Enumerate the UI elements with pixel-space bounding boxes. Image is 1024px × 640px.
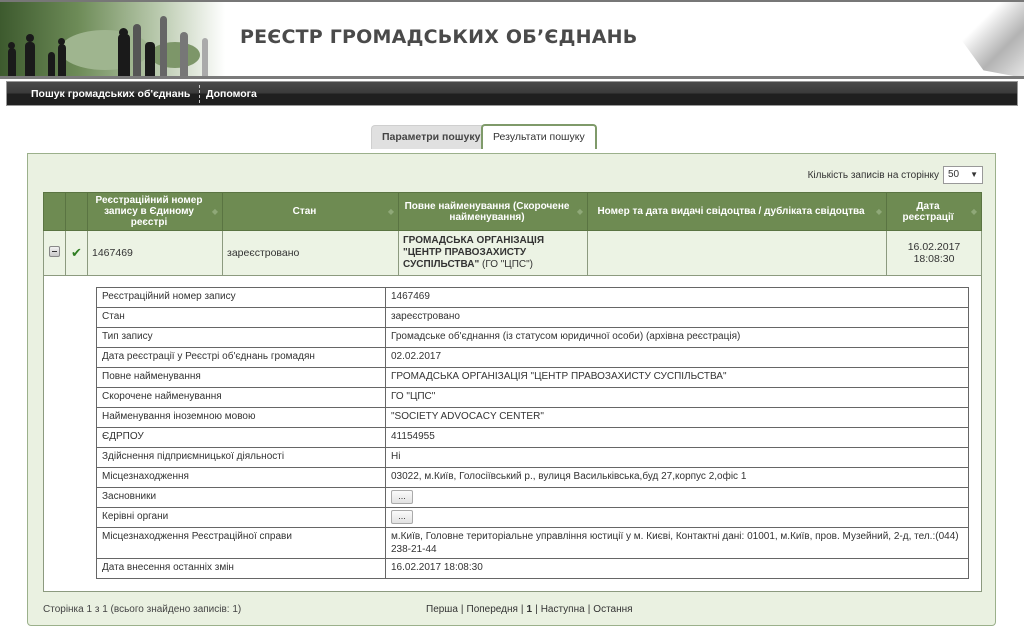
main-navigation: Пошук громадських об'єднань Допомога xyxy=(6,81,1018,106)
detail-label: ЄДРПОУ xyxy=(97,428,386,448)
sort-icon: ◆ xyxy=(212,206,218,217)
pagination-summary: Сторінка 1 з 1 (всього знайдено записів:… xyxy=(43,604,241,615)
pagination: Перша|Попередня|1|Наступна|Остання xyxy=(426,604,633,615)
column-header-status[interactable]: Стан◆ xyxy=(223,193,399,231)
detail-value: 16.02.2017 18:08:30 xyxy=(386,559,969,579)
sort-icon: ◆ xyxy=(876,206,882,217)
detail-field-row: Місцезнаходження03022, м.Київ, Голосіївс… xyxy=(97,468,969,488)
detail-table: Реєстраційний номер запису1467469Станзар… xyxy=(96,287,969,579)
detail-label: Дата внесення останніх змін xyxy=(97,559,386,579)
detail-label: Скорочене найменування xyxy=(97,388,386,408)
pager-separator: | xyxy=(588,604,591,615)
pager-prev[interactable]: Попередня xyxy=(467,604,518,615)
cell-status: зареєстровано xyxy=(223,231,399,276)
detail-label: Тип запису xyxy=(97,328,386,348)
sort-icon: ◆ xyxy=(577,206,583,217)
pager-current-page[interactable]: 1 xyxy=(527,604,533,615)
checkmark-icon: ✔ xyxy=(71,245,82,260)
detail-field-row: Станзареєстровано xyxy=(97,308,969,328)
detail-field-row: Засновники... xyxy=(97,488,969,508)
pager-separator: | xyxy=(521,604,524,615)
detail-field-row: Тип записуГромадське об'єднання (із стат… xyxy=(97,328,969,348)
banner-divider xyxy=(0,76,1024,79)
detail-label: Стан xyxy=(97,308,386,328)
detail-field-row: Реєстраційний номер запису1467469 xyxy=(97,288,969,308)
detail-value: Ні xyxy=(386,448,969,468)
detail-value: "SOCIETY ADVOCACY CENTER" xyxy=(386,408,969,428)
column-header-reg-number[interactable]: Реєстраційний номер запису в Єдиному реє… xyxy=(88,193,223,231)
page-size-control: Кількість записів на сторінку 50 ▼ xyxy=(808,166,983,184)
detail-value: 03022, м.Київ, Голосіївський р., вулиця … xyxy=(386,468,969,488)
pager-first[interactable]: Перша xyxy=(426,604,458,615)
collapse-icon[interactable] xyxy=(49,246,60,257)
detail-field-row: Повне найменуванняГРОМАДСЬКА ОРГАНІЗАЦІЯ… xyxy=(97,368,969,388)
detail-label: Керівні органи xyxy=(97,508,386,528)
detail-value: 1467469 xyxy=(386,288,969,308)
detail-label: Місцезнаходження Реєстраційної справи xyxy=(97,528,386,559)
page-curl-decoration xyxy=(934,2,1024,78)
row-status-cell: ✔ xyxy=(66,231,88,276)
detail-label: Найменування іноземною мовою xyxy=(97,408,386,428)
results-header-row: Реєстраційний номер запису в Єдиному реє… xyxy=(44,193,982,231)
detail-value: 02.02.2017 xyxy=(386,348,969,368)
detail-value: зареєстровано xyxy=(386,308,969,328)
site-banner: РЕЄСТР ГРОМАДСЬКИХ ОБ’ЄДНАНЬ xyxy=(0,0,1024,78)
detail-label: Засновники xyxy=(97,488,386,508)
column-header-full-name[interactable]: Повне найменування (Скорочене найменуван… xyxy=(399,193,588,231)
detail-field-row: Керівні органи... xyxy=(97,508,969,528)
tab-search-results[interactable]: Результати пошуку xyxy=(481,124,597,149)
column-header-certificate[interactable]: Номер та дата видачі свідоцтва / дубліка… xyxy=(588,193,887,231)
detail-label: Реєстраційний номер запису xyxy=(97,288,386,308)
cell-reg-date: 16.02.2017 18:08:30 xyxy=(887,231,982,276)
site-title: РЕЄСТР ГРОМАДСЬКИХ ОБ’ЄДНАНЬ xyxy=(240,26,637,48)
detail-label: Здійснення підприємницької діяльності xyxy=(97,448,386,468)
pager-separator: | xyxy=(461,604,464,615)
results-panel: Кількість записів на сторінку 50 ▼ Реєст… xyxy=(27,153,996,626)
column-header-reg-date[interactable]: Дата реєстрації◆ xyxy=(887,193,982,231)
detail-field-row: Місцезнаходження Реєстраційної справим.К… xyxy=(97,528,969,559)
nav-search-associations[interactable]: Пошук громадських об'єднань xyxy=(31,88,190,100)
show-more-button[interactable]: ... xyxy=(391,510,413,524)
detail-field-row: Дата внесення останніх змін16.02.2017 18… xyxy=(97,559,969,579)
detail-label: Місцезнаходження xyxy=(97,468,386,488)
detail-label: Дата реєстрації у Реєстрі об'єднань гром… xyxy=(97,348,386,368)
detail-field-row: Дата реєстрації у Реєстрі об'єднань гром… xyxy=(97,348,969,368)
detail-container: Реєстраційний номер запису1467469Станзар… xyxy=(44,276,982,592)
detail-label: Повне найменування xyxy=(97,368,386,388)
detail-value: м.Київ, Головне територіальне управління… xyxy=(386,528,969,559)
tab-search-parameters[interactable]: Параметри пошуку xyxy=(371,125,491,149)
detail-field-row: Скорочене найменуванняГО "ЦПС" xyxy=(97,388,969,408)
cell-reg-number: 1467469 xyxy=(88,231,223,276)
detail-value: Громадське об'єднання (із статусом юриди… xyxy=(386,328,969,348)
page-size-label: Кількість записів на сторінку xyxy=(808,170,939,181)
nav-separator xyxy=(199,85,200,103)
dropdown-arrow-icon: ▼ xyxy=(970,170,978,179)
detail-field-row: ЄДРПОУ41154955 xyxy=(97,428,969,448)
detail-row: Реєстраційний номер запису1467469Станзар… xyxy=(44,276,982,592)
pager-next[interactable]: Наступна xyxy=(541,604,585,615)
cell-certificate xyxy=(588,231,887,276)
detail-value: ... xyxy=(386,488,969,508)
column-header-expand xyxy=(44,193,66,231)
page-size-select[interactable]: 50 ▼ xyxy=(943,166,983,184)
nav-help[interactable]: Допомога xyxy=(206,88,257,100)
pager-separator: | xyxy=(535,604,538,615)
detail-value: 41154955 xyxy=(386,428,969,448)
banner-illustration xyxy=(0,2,225,78)
show-more-button[interactable]: ... xyxy=(391,490,413,504)
pager-last[interactable]: Остання xyxy=(593,604,632,615)
detail-value: ... xyxy=(386,508,969,528)
sort-icon: ◆ xyxy=(388,206,394,217)
detail-field-row: Найменування іноземною мовою"SOCIETY ADV… xyxy=(97,408,969,428)
detail-value: ГРОМАДСЬКА ОРГАНІЗАЦІЯ "ЦЕНТР ПРАВОЗАХИС… xyxy=(386,368,969,388)
cell-full-name: ГРОМАДСЬКА ОРГАНІЗАЦІЯ "ЦЕНТР ПРАВОЗАХИС… xyxy=(399,231,588,276)
sort-icon: ◆ xyxy=(971,206,977,217)
detail-field-row: Здійснення підприємницької діяльностіНі xyxy=(97,448,969,468)
row-expand-cell xyxy=(44,231,66,276)
table-row[interactable]: ✔ 1467469 зареєстровано ГРОМАДСЬКА ОРГАН… xyxy=(44,231,982,276)
detail-value: ГО "ЦПС" xyxy=(386,388,969,408)
results-table: Реєстраційний номер запису в Єдиному реє… xyxy=(43,192,982,592)
column-header-status-icon xyxy=(66,193,88,231)
page-size-value: 50 xyxy=(948,169,959,180)
